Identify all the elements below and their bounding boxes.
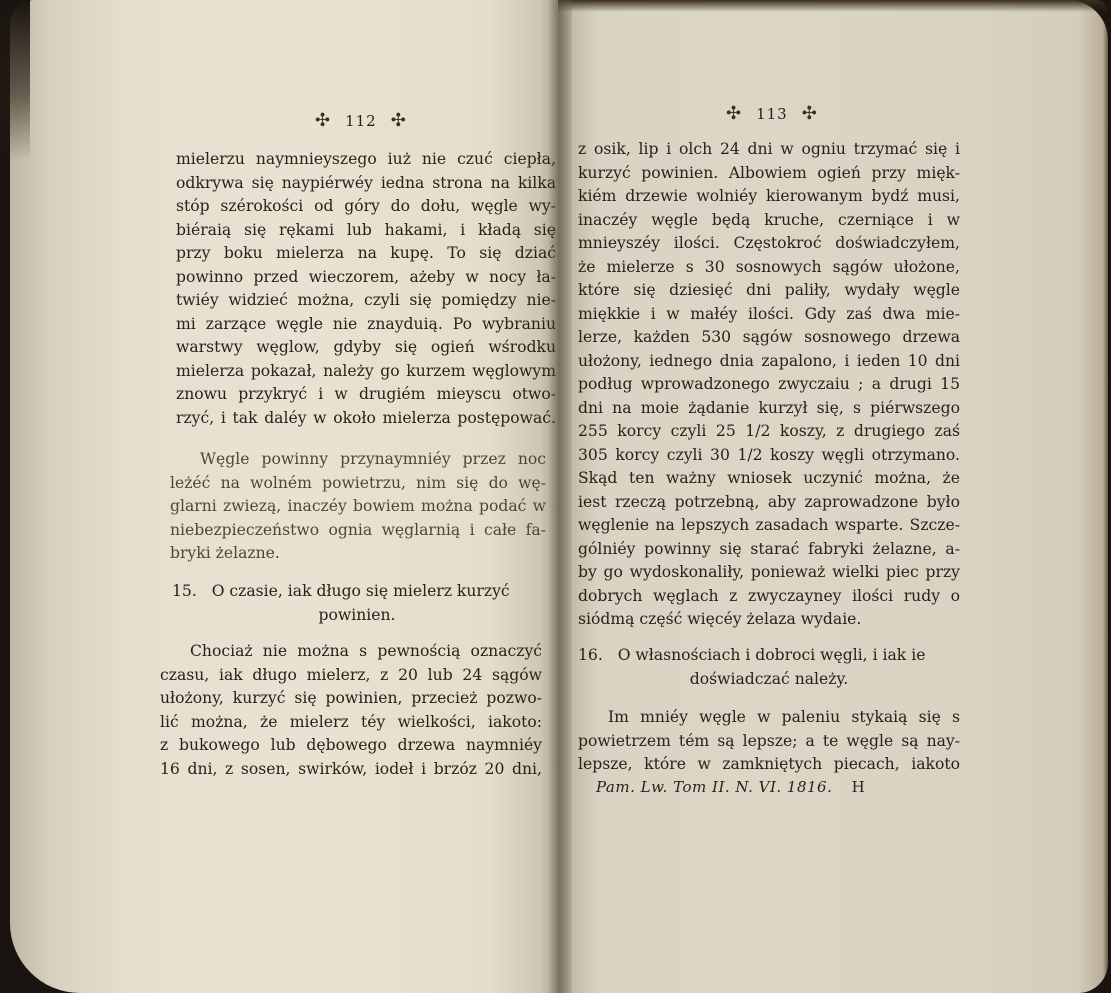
section-title-line: powinien. bbox=[172, 604, 542, 628]
text-line: biéraią się rękami lub hakami, i kładą s… bbox=[176, 219, 556, 243]
text-line: warstwy węglow, gdyby się ogień wśrodku bbox=[176, 336, 556, 360]
page-footer: Pam. Lw. Tom II. N. VI. 1816. H bbox=[596, 778, 865, 796]
text-line: lerze, każden 530 sągów sosnowego drzewa bbox=[578, 326, 960, 350]
text-line: gólniéy powinny się starać fabryki żelaz… bbox=[578, 538, 960, 562]
section-number: 15. bbox=[172, 582, 197, 600]
book-gutter bbox=[548, 0, 572, 993]
footer-citation: Pam. Lw. Tom II. N. VI. 1816. bbox=[596, 778, 832, 796]
ornament-icon: ✣ bbox=[315, 110, 331, 131]
text-line: iest rzeczą potrzebną, aby zaprowadzone … bbox=[578, 491, 960, 515]
text-line: twiéy widzieć można, czyli się pomiędzy … bbox=[176, 289, 556, 313]
text-line: węglenie na lepszych zasadach wsparte. S… bbox=[578, 514, 960, 538]
text-line: powietrzem tém są lepsze; a te węgle są … bbox=[578, 730, 960, 754]
page-number: 113 bbox=[756, 105, 788, 123]
left-paragraph-3: Chociaż nie można s pewnością oznaczyć c… bbox=[160, 640, 542, 781]
text-line: dobrych węglach z zwyczayney ilości rudy… bbox=[578, 585, 960, 609]
signature-mark: H bbox=[852, 778, 866, 796]
section-title: 15. O czasie, iak długo się mielerz kurz… bbox=[172, 580, 542, 604]
text-line: ułożony, kurzyć się powinien, przecież p… bbox=[160, 687, 542, 711]
text-line: ułożony, iednego dnia zapalono, i ieden … bbox=[578, 350, 960, 374]
section-title-line: doświadczać należy. bbox=[578, 668, 960, 692]
ornament-icon: ✣ bbox=[391, 110, 407, 131]
text-line: miękkie i w małéy ilości. Gdy zaś dwa mi… bbox=[578, 303, 960, 327]
text-line: Węgle powinny przynaymniéy przez noc bbox=[170, 448, 546, 472]
section-16-heading: 16. O własnościach i dobroci węgli, i ia… bbox=[578, 644, 960, 691]
right-paragraph-1: z osik, lip i olch 24 dni w ogniu trzyma… bbox=[578, 138, 960, 632]
text-line: powinno przed wieczorem, ażeby w nocy ła… bbox=[176, 266, 556, 290]
text-line: przy boku mielerza na kupę. To się dziać bbox=[176, 242, 556, 266]
text-line: mi zarzące węgle nie znayduią. Po wybran… bbox=[176, 313, 556, 337]
text-line: bryki żelazne. bbox=[170, 542, 546, 566]
text-line: mielerzu naymnieyszego iuż nie czuć ciep… bbox=[176, 148, 556, 172]
text-line: Skąd ten ważny wniosek uczynić można, że bbox=[578, 467, 960, 491]
text-line: czasu, iak długo mielerz, z 20 lub 24 są… bbox=[160, 664, 542, 688]
section-15-heading: 15. O czasie, iak długo się mielerz kurz… bbox=[172, 580, 542, 627]
book-spread: ✣ 112 ✣ mielerzu naymnieyszego iuż nie c… bbox=[0, 0, 1111, 993]
right-page-header: ✣ 113 ✣ bbox=[726, 103, 818, 124]
section-title-line: O czasie, iak długo się mielerz kurzyć bbox=[212, 582, 510, 600]
left-paragraph-2: Węgle powinny przynaymniéy przez noc leż… bbox=[170, 448, 546, 566]
text-line: że mielerze s 30 sosnowych sągów ułożone… bbox=[578, 256, 960, 280]
ornament-icon: ✣ bbox=[726, 103, 742, 124]
text-line: kurzyć powinien. Albowiem ogień przy mię… bbox=[578, 162, 960, 186]
section-number: 16. bbox=[578, 646, 603, 664]
text-line: lić można, że mielerz téy wielkości, iak… bbox=[160, 711, 542, 735]
text-line: niebezpieczeństwo ognia węglarnią i całe… bbox=[170, 519, 546, 543]
text-line: znowu przykryć i w drugiém mieyscu otwo- bbox=[176, 383, 556, 407]
text-line: mielerza pokazał, należy go kurzem węglo… bbox=[176, 360, 556, 384]
right-page: ✣ 113 ✣ z osik, lip i olch 24 dni w ogni… bbox=[558, 0, 1108, 993]
text-line: z osik, lip i olch 24 dni w ogniu trzyma… bbox=[578, 138, 960, 162]
section-title-line: O własnościach i dobroci węgli, i iak ie bbox=[618, 646, 926, 664]
text-line: lepsze, które w zamkniętych piecach, iak… bbox=[578, 753, 960, 777]
text-line: leżéć na wolném powietrzu, nim się do wę… bbox=[170, 472, 546, 496]
text-line: podług wprowadzonego zwyczaiu ; a drugi … bbox=[578, 373, 960, 397]
text-line: kiém drzewie wolniéy kierowanym bydź mus… bbox=[578, 185, 960, 209]
text-line: które się dziesięć dni paliły, wydały wę… bbox=[578, 279, 960, 303]
left-page-header: ✣ 112 ✣ bbox=[315, 110, 407, 131]
text-line: 255 korcy czyli 25 1/2 koszy, z drugiego… bbox=[578, 420, 960, 444]
text-line: stóp szérokości od góry do dołu, węgle w… bbox=[176, 195, 556, 219]
text-line: z bukowego lub dębowego drzewa naymniéy bbox=[160, 734, 542, 758]
text-line: dni na moie żądanie kurzył się, s piérws… bbox=[578, 397, 960, 421]
section-title: 16. O własnościach i dobroci węgli, i ia… bbox=[578, 644, 960, 668]
right-paragraph-2: Im mniéy węgle w paleniu stykaią się s p… bbox=[578, 706, 960, 777]
text-line: 305 korcy czyli 30 1/2 koszy węgli otrzy… bbox=[578, 444, 960, 468]
text-line: siódmą część więcéy żelaza wydaie. bbox=[578, 608, 960, 632]
text-line: rzyć, i tak daléy w około mielerza postę… bbox=[176, 407, 556, 431]
text-line: 16 dni, z sosen, swirków, iodeł i brzóz … bbox=[160, 758, 542, 782]
text-line: mnieyszéy ilości. Częstokroć doświadczył… bbox=[578, 232, 960, 256]
page-number: 112 bbox=[345, 112, 377, 130]
ornament-icon: ✣ bbox=[802, 103, 818, 124]
left-paragraph-1: mielerzu naymnieyszego iuż nie czuć ciep… bbox=[176, 148, 556, 430]
text-line: by go wydoskonaliły, ponieważ wielki pie… bbox=[578, 561, 960, 585]
text-line: odkrywa się naypiérwéy iedna strona na k… bbox=[176, 172, 556, 196]
left-page: ✣ 112 ✣ mielerzu naymnieyszego iuż nie c… bbox=[10, 0, 558, 993]
text-line: glarni zwiezą, inaczéy bowiem można poda… bbox=[170, 495, 546, 519]
text-line: Chociaż nie można s pewnością oznaczyć bbox=[160, 640, 542, 664]
text-line: inaczéy węgle będą kruche, czerniące i w bbox=[578, 209, 960, 233]
text-line: Im mniéy węgle w paleniu stykaią się s bbox=[578, 706, 960, 730]
